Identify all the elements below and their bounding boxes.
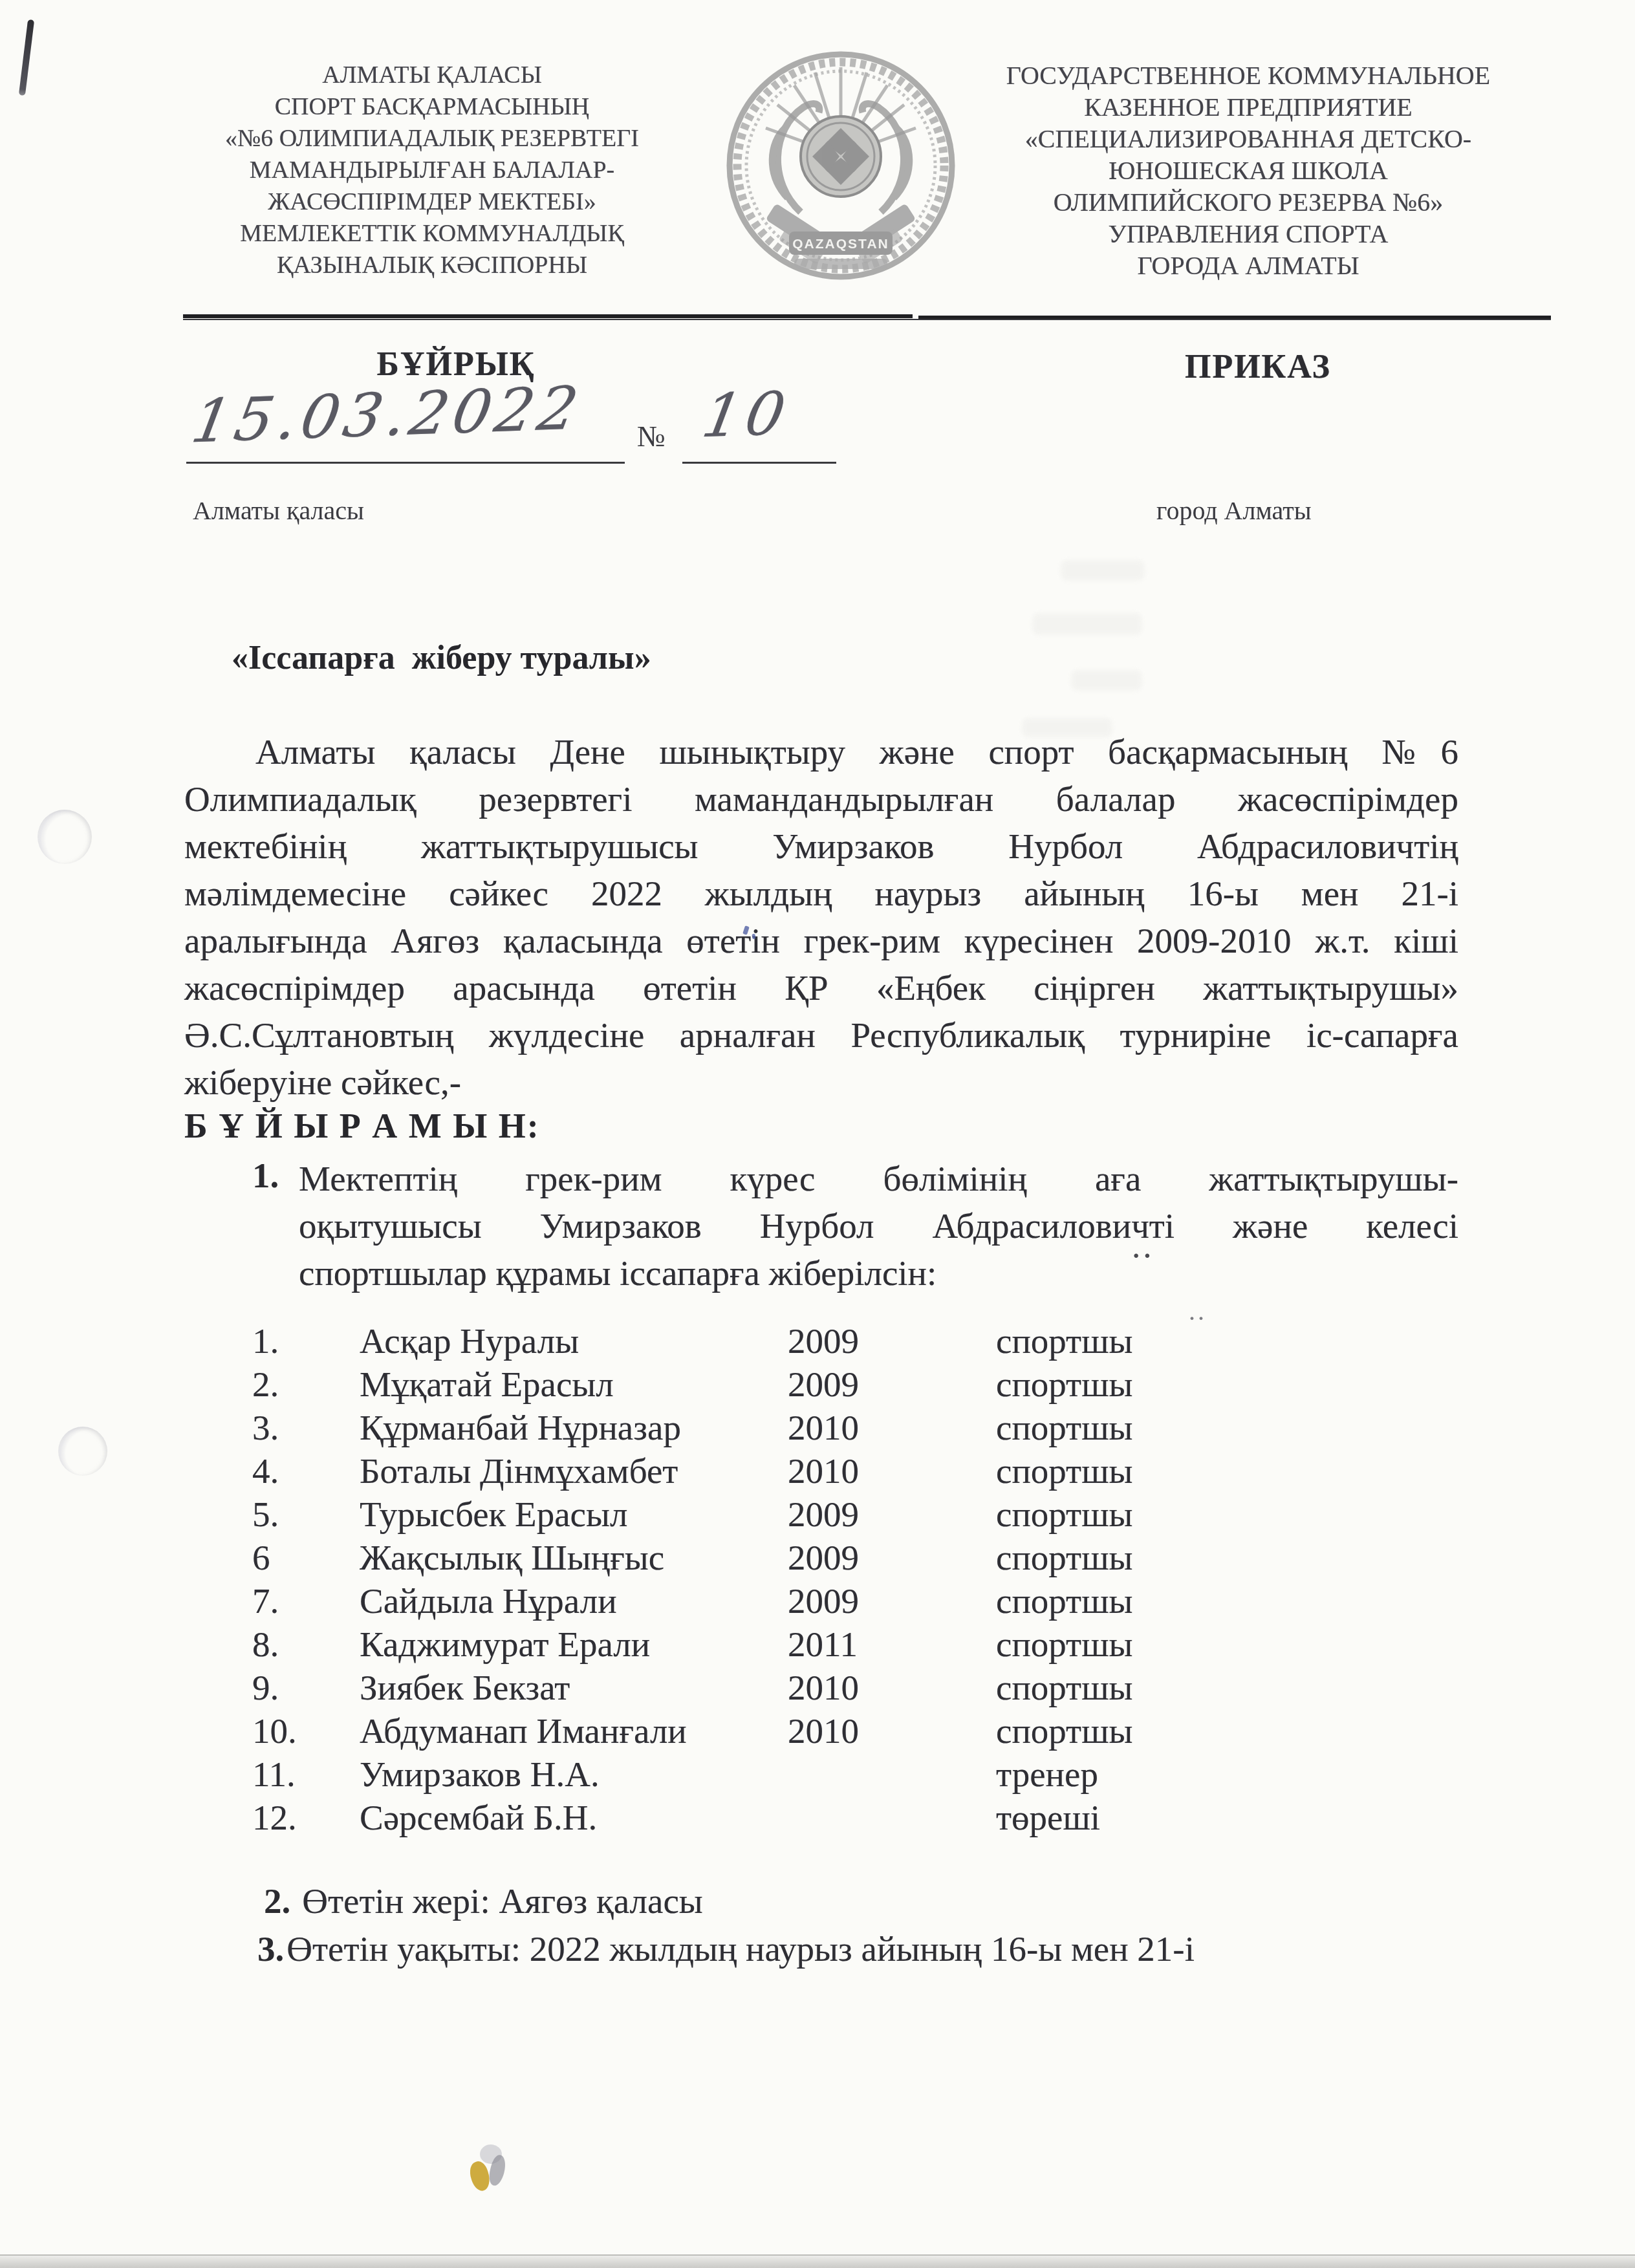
roster-name: Умирзаков Н.А. bbox=[360, 1754, 600, 1795]
number-underline bbox=[682, 462, 836, 464]
scan-edge-strip bbox=[0, 2254, 1635, 2268]
scanned-order-page: АЛМАТЫ ҚАЛАСЫ СПОРТ БАСҚАРМАСЫНЫҢ «№6 ОЛ… bbox=[0, 0, 1635, 2268]
org-kk-line: МЕМЛЕКЕТТІК КОММУНАЛДЫҚ bbox=[167, 218, 697, 250]
org-kk-line: АЛМАТЫ ҚАЛАСЫ bbox=[167, 59, 697, 91]
item1-line: оқытушысы Умирзаков Нурбол Абдрасиловичт… bbox=[299, 1202, 1458, 1250]
body-line: мәлімдемесіне сәйкес 2022 жылдың наурыз … bbox=[184, 870, 1458, 918]
bleed-through-mark bbox=[1071, 670, 1142, 691]
item3-number: 3. bbox=[257, 1929, 284, 1969]
roster-role: спортшы bbox=[996, 1537, 1132, 1578]
roster-name: Құрманбай Нұрназар bbox=[360, 1407, 681, 1448]
roster-num: 10. bbox=[252, 1711, 297, 1751]
roster-year: 2010 bbox=[788, 1711, 859, 1751]
roster-year: 2009 bbox=[788, 1494, 859, 1535]
place-russian: город Алматы bbox=[1156, 495, 1312, 526]
bleed-through-mark bbox=[1061, 560, 1145, 581]
roster-role: спортшы bbox=[996, 1451, 1132, 1491]
roster-num: 8. bbox=[252, 1624, 279, 1665]
header-rule-left bbox=[183, 314, 913, 318]
roster-name: Абдуманап Иманғали bbox=[360, 1711, 687, 1751]
roster-year: 2009 bbox=[788, 1364, 859, 1405]
roster-name: Каджимурат Ерали bbox=[360, 1624, 650, 1665]
body-line: аралығында Аягөз қаласында өтетін грек-р… bbox=[184, 917, 1458, 965]
org-ru-line: ГОРОДА АЛМАТЫ bbox=[931, 250, 1565, 281]
ink-dots-artifact: ·· bbox=[1132, 1240, 1154, 1271]
place-kazakh: Алматы қаласы bbox=[193, 495, 364, 526]
roster-role: спортшы bbox=[996, 1321, 1132, 1361]
roster-role: спортшы bbox=[996, 1711, 1132, 1751]
roster-role: спортшы bbox=[996, 1581, 1132, 1621]
roster-name: Зиябек Бекзат bbox=[360, 1667, 570, 1708]
org-kk-line: «№6 ОЛИМПИАДАЛЫҚ РЕЗЕРВТЕГІ bbox=[167, 123, 697, 155]
org-ru-line: «СПЕЦИАЛИЗИРОВАННАЯ ДЕТСКО- bbox=[931, 123, 1565, 155]
body-line: мектебінің жаттықтырушысы Умирзаков Нурб… bbox=[184, 823, 1458, 870]
order-subject: «Іссапарға жіберу туралы» bbox=[232, 639, 651, 677]
roster-name: Сайдыла Нұрали bbox=[360, 1581, 617, 1621]
roster-role: спортшы bbox=[996, 1667, 1132, 1708]
number-sign: № bbox=[637, 419, 666, 453]
org-ru-line: ЮНОШЕСКАЯ ШКОЛА bbox=[931, 155, 1565, 186]
roster-name: Мұқатай Ерасыл bbox=[360, 1364, 614, 1405]
roster-role: спортшы bbox=[996, 1494, 1132, 1535]
org-name-kazakh: АЛМАТЫ ҚАЛАСЫ СПОРТ БАСҚАРМАСЫНЫҢ «№6 ОЛ… bbox=[167, 59, 697, 281]
kazakhstan-coat-of-arms-emblem: QAZAQSTAN bbox=[723, 45, 958, 286]
roster-year: 2011 bbox=[788, 1624, 858, 1665]
item2-text: Өтетін жері: Аягөз қаласы bbox=[302, 1881, 703, 1921]
roster-num: 3. bbox=[252, 1407, 279, 1448]
roster-year: 2010 bbox=[788, 1407, 859, 1448]
roster-num: 11. bbox=[252, 1754, 296, 1795]
body-line: Алматы қаласы Дене шынықтыру және спорт … bbox=[255, 728, 1458, 776]
body-line: Ә.С.Сұлтановтың жүлдесіне арналған Респу… bbox=[184, 1011, 1458, 1059]
item1-line: спортшылар құрамы іссапарға жіберілсін: bbox=[299, 1249, 1458, 1297]
org-kk-line: ҚАЗЫНАЛЫҚ КӘСІПОРНЫ bbox=[167, 250, 697, 281]
roster-role: спортшы bbox=[996, 1624, 1132, 1665]
order-title-russian: ПРИКАЗ bbox=[1090, 348, 1426, 386]
emblem-banner-text: QAZAQSTAN bbox=[792, 237, 889, 252]
roster-num: 9. bbox=[252, 1667, 279, 1708]
roster-year: 2009 bbox=[788, 1321, 859, 1361]
roster-role: спортшы bbox=[996, 1364, 1132, 1405]
roster-num: 5. bbox=[252, 1494, 279, 1535]
date-underline bbox=[186, 462, 625, 464]
item1-line: Мектептің грек-рим күрес бөлімінің аға ж… bbox=[299, 1155, 1458, 1203]
org-kk-line: СПОРТ БАСҚАРМАСЫНЫҢ bbox=[167, 91, 697, 123]
roster-year: 2009 bbox=[788, 1581, 859, 1621]
hole-punch-mark bbox=[38, 810, 92, 864]
roster-num: 2. bbox=[252, 1364, 279, 1405]
org-ru-line: ГОСУДАРСТВЕННОЕ КОММУНАЛЬНОЕ bbox=[931, 59, 1565, 91]
roster-name: Турысбек Ерасыл bbox=[360, 1494, 627, 1535]
roster-year: 2010 bbox=[788, 1667, 859, 1708]
roster-num: 12. bbox=[252, 1797, 297, 1838]
roster-name: Боталы Дінмұхамбет bbox=[360, 1451, 678, 1491]
org-kk-line: МАМАНДЫРЫЛҒАН БАЛАЛАР- bbox=[167, 155, 697, 186]
handwritten-date: 15.03.2022 bbox=[186, 374, 587, 457]
org-ru-line: КАЗЕННОЕ ПРЕДПРИЯТИЕ bbox=[931, 91, 1565, 123]
roster-role: спортшы bbox=[996, 1407, 1132, 1448]
roster-num: 1. bbox=[252, 1321, 279, 1361]
org-ru-line: ОЛИМПИЙСКОГО РЕЗЕРВА №6» bbox=[931, 186, 1565, 218]
org-ru-line: УПРАВЛЕНИЯ СПОРТА bbox=[931, 218, 1565, 250]
org-name-russian: ГОСУДАРСТВЕННОЕ КОММУНАЛЬНОЕ КАЗЕННОЕ ПР… bbox=[931, 59, 1565, 281]
roster-year: 2009 bbox=[788, 1537, 859, 1578]
pen-stroke-artifact bbox=[19, 19, 34, 96]
roster-role: тренер bbox=[996, 1754, 1098, 1795]
roster-role: төреші bbox=[996, 1797, 1100, 1838]
body-line: Олимпиадалық резервтегі мамандандырылған… bbox=[184, 775, 1458, 823]
roster-name: Жақсылық Шыңғыс bbox=[360, 1537, 664, 1578]
body-line: жіберуіне сәйкес,- bbox=[184, 1059, 1458, 1107]
org-kk-line: ЖАСӨСПІРІМДЕР МЕКТЕБІ» bbox=[167, 186, 697, 218]
ink-dots-artifact: ·· bbox=[1189, 1308, 1207, 1330]
item3-text: Өтетін уақыты: 2022 жылдың наурыз айының… bbox=[287, 1929, 1195, 1969]
item2-number: 2. bbox=[264, 1881, 290, 1921]
item3-row: 3. Өтетін уақыты: 2022 жылдың наурыз айы… bbox=[257, 1928, 1195, 1969]
roster-year: 2010 bbox=[788, 1451, 859, 1491]
resolution-heading: Б Ұ Й Ы Р А М Ы Н: bbox=[184, 1106, 540, 1146]
body-line: жасөспірімдер арасында өтетін ҚР «Еңбек … bbox=[184, 964, 1458, 1012]
handwritten-number: 10 bbox=[697, 379, 795, 451]
roster-name: Сәрсембай Б.Н. bbox=[360, 1797, 597, 1838]
roster-num: 6 bbox=[252, 1537, 270, 1578]
hole-punch-mark bbox=[58, 1427, 107, 1476]
header-rule-shadow bbox=[183, 319, 1551, 320]
item2-row: 2. Өтетін жері: Аягөз қаласы bbox=[264, 1881, 703, 1921]
item1-number: 1. bbox=[252, 1155, 279, 1196]
bleed-through-mark bbox=[1032, 613, 1142, 635]
roster-name: Асқар Нуралы bbox=[360, 1321, 579, 1361]
roster-num: 7. bbox=[252, 1581, 279, 1621]
roster-num: 4. bbox=[252, 1451, 279, 1491]
